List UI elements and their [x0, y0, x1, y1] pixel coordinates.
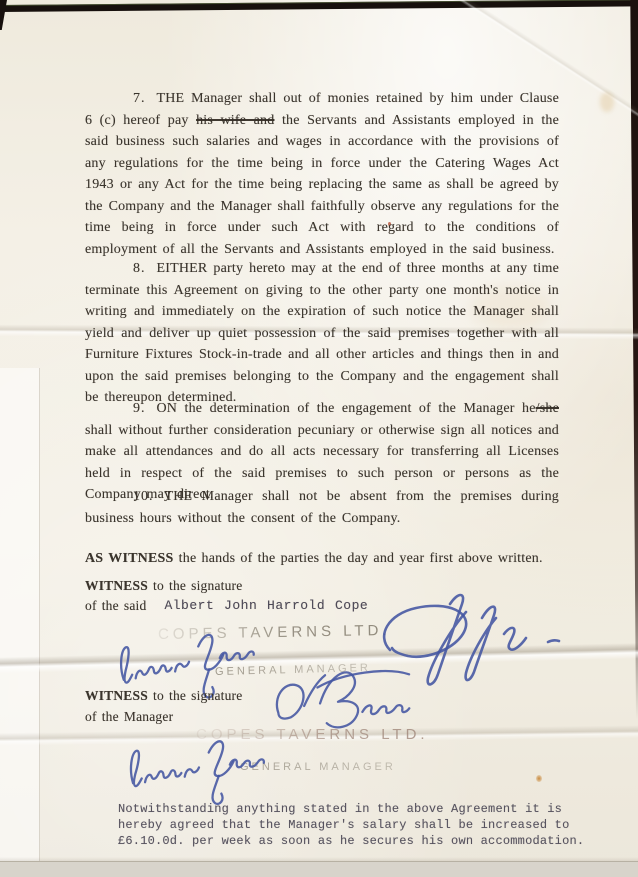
clause-8: 8.EITHER party hereto may at the end of …	[85, 258, 559, 409]
witness2-line1: WITNESS to the signature	[85, 688, 242, 704]
clause-number: 9.	[133, 401, 146, 416]
struck-out-text: his wife and	[196, 113, 274, 128]
witness-label-rest: to the signature	[148, 688, 243, 703]
clause-text: THE Manager shall not be absent from the…	[85, 489, 559, 526]
as-witness-lead: AS WITNESS	[85, 551, 173, 566]
clause-number: 10.	[133, 489, 154, 504]
witness2-line2: of the Manager	[85, 709, 173, 725]
as-witness-text: the hands of the parties the day and yea…	[173, 551, 542, 566]
addendum-line: Notwithstanding anything stated in the a…	[118, 801, 584, 817]
clause-number: 8.	[133, 261, 146, 276]
typed-addendum: Notwithstanding anything stated in the a…	[118, 801, 584, 849]
witness-label: WITNESS	[85, 688, 148, 703]
clause-number: 7.	[133, 91, 146, 106]
scanned-agreement-page: 7.THE Manager shall out of monies retain…	[0, 0, 638, 877]
witness1-line2: of the saidAlbert John Harrold Cope	[85, 598, 368, 614]
scan-edge-top-left-wedge	[0, 0, 7, 30]
clause-text: EITHER party hereto may at the end of th…	[85, 261, 559, 405]
clause-7: 7.THE Manager shall out of monies retain…	[85, 88, 559, 260]
addendum-line: hereby agreed that the Manager's salary …	[118, 817, 584, 833]
scan-edge-top	[0, 0, 638, 12]
struck-out-text: /she	[536, 401, 559, 416]
stain-speck	[536, 775, 542, 782]
witness-label: WITNESS	[85, 578, 148, 593]
scan-edge-bottom	[0, 861, 638, 877]
of-the-said-label: of the said	[85, 598, 146, 613]
addendum-line: £6.10.0d. per week as soon as he secures…	[118, 833, 584, 849]
witness1-line1: WITNESS to the signature	[85, 578, 242, 594]
clause-text: the Servants and Assistants employed in …	[85, 113, 559, 257]
clause-10: 10.THE Manager shall not be absent from …	[85, 486, 559, 529]
witness-label-rest: to the signature	[148, 578, 243, 593]
paper-edge-left	[0, 368, 40, 863]
clause-text: ON the determination of the engagement o…	[157, 401, 536, 416]
as-witness-line: AS WITNESS the hands of the parties the …	[85, 551, 565, 567]
